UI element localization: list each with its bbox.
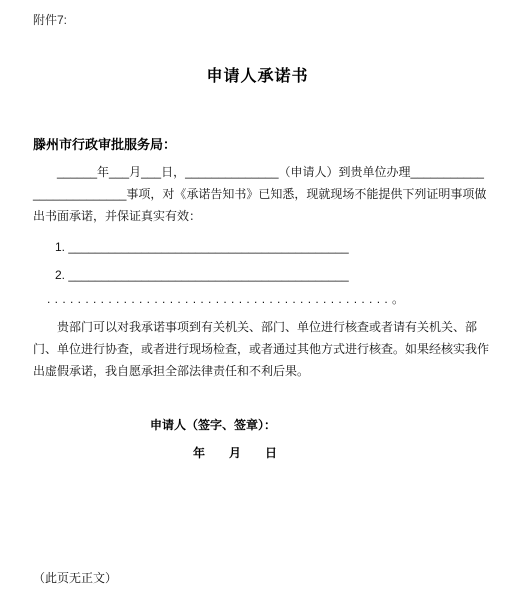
document-title: 申请人承诺书: [33, 66, 482, 88]
verification-paragraph-line-1: 贵部门可以对我承诺事项到有关机关、部门、单位进行核查或者请有关机关、部: [33, 316, 482, 338]
date-line: 年 月 日: [193, 443, 482, 463]
salutation: 滕州市行政审批服务局：: [33, 134, 482, 155]
commitment-item-1: 1. _____________________________________…: [55, 237, 482, 258]
signature-label: 申请人（签字、签章）：: [150, 415, 482, 435]
attachment-label: 附件7:: [33, 12, 482, 28]
opening-paragraph-line-3: 出书面承诺，并保证真实有效：: [33, 205, 482, 227]
commitment-item-2: 2. _____________________________________…: [55, 265, 482, 286]
no-text-note: （此页无正文）: [33, 570, 117, 586]
verification-paragraph-line-2: 门、单位进行协查，或者进行现场检查，或者通过其他方式进行核查。如果经核实我作: [33, 338, 482, 360]
verification-paragraph: 贵部门可以对我承诺事项到有关机关、部门、单位进行核查或者请有关机关、部 门、单位…: [33, 316, 482, 382]
opening-paragraph-line-2: ______________事项，对《承诺告知书》已知悉，现就现场不能提供下列证…: [33, 183, 482, 205]
document-page: 附件7: 申请人承诺书 滕州市行政审批服务局： ______年___月___日，…: [0, 0, 512, 600]
opening-paragraph: ______年___月___日，______________（申请人）到贵单位办…: [33, 161, 482, 227]
verification-paragraph-line-3: 出虚假承诺，我自愿承担全部法律责任和不利后果。: [33, 360, 482, 382]
ellipsis-continuation-line: . . . . . . . . . . . . . . . . . . . . …: [47, 291, 482, 307]
opening-paragraph-line-1: ______年___月___日，______________（申请人）到贵单位办…: [33, 161, 482, 183]
commitment-item-list: 1. _____________________________________…: [33, 237, 482, 286]
